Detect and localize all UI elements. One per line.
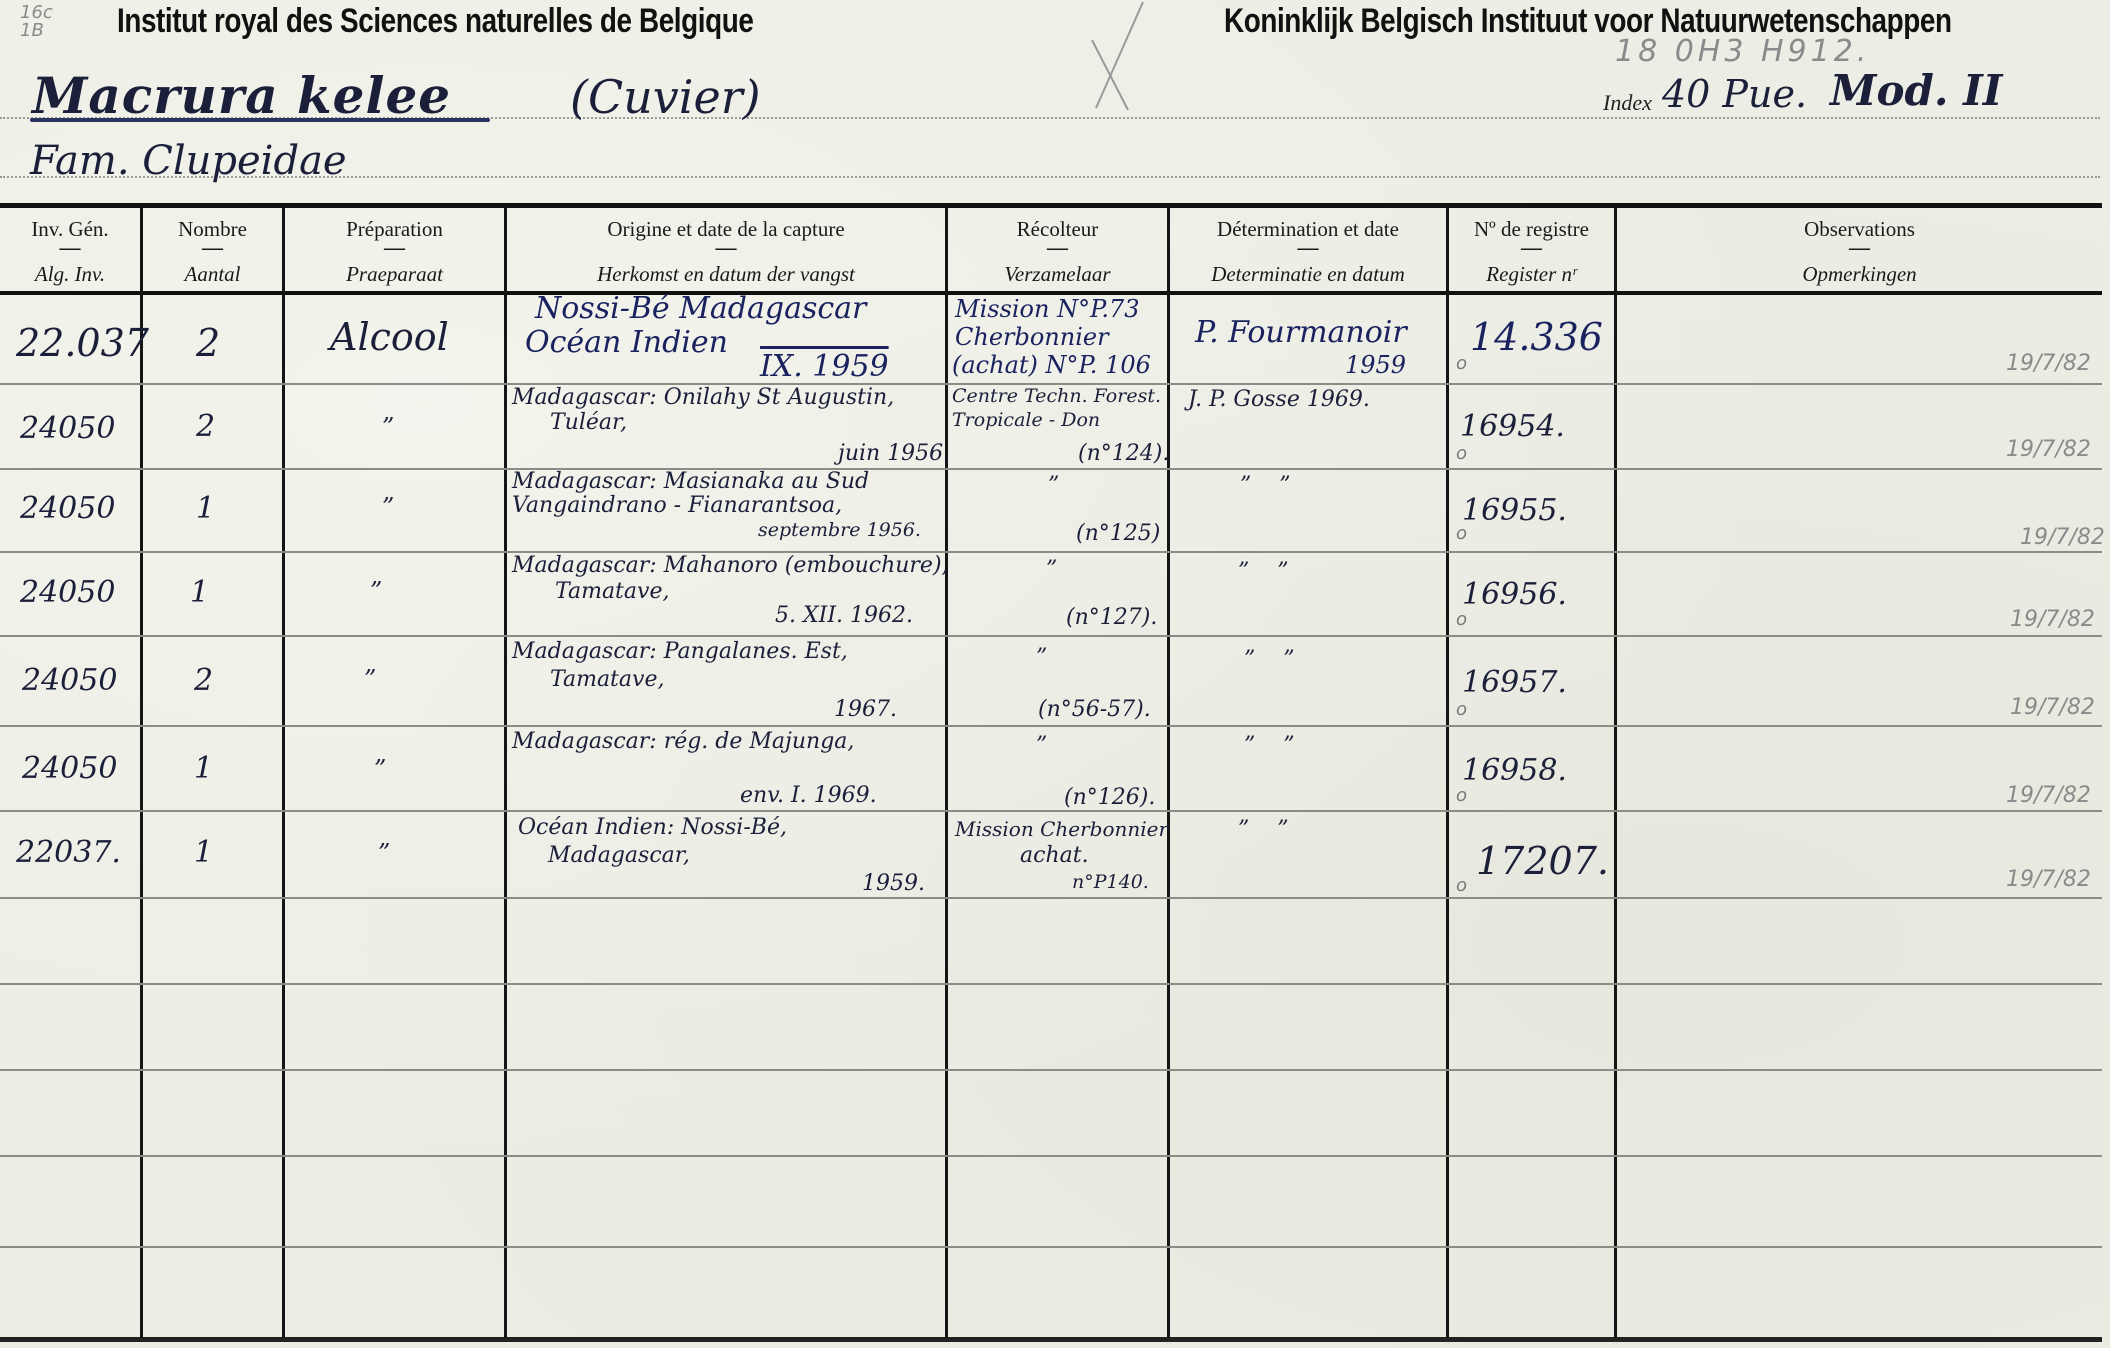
inv-number: 24050 <box>20 491 115 526</box>
collector-line-1: Centre Techn. Forest. <box>952 385 1161 407</box>
collector-line-2: achat. <box>1020 843 1089 868</box>
register-number: 16955. <box>1462 493 1567 528</box>
register-number: 17207. <box>1476 839 1609 883</box>
row-rule <box>0 725 2102 727</box>
specimen-table: Inv. Gén. — Alg. Inv. Nombre — Aantal Pr… <box>0 203 2102 1343</box>
determination-ditto: ” ” <box>1244 647 1294 672</box>
index-value: 40 Pue. <box>1662 72 1807 116</box>
table-bottom-border <box>0 1337 2102 1342</box>
observation-date: 19/7/82 <box>2010 607 2095 632</box>
column-header-preparation: Préparation — Praeparaat <box>285 211 504 291</box>
determination-year: 1959 <box>1345 351 1406 379</box>
origin-line-2: Tamatave, <box>550 667 664 692</box>
preparation-ditto: ” <box>378 839 390 867</box>
header-dash: — <box>143 242 282 252</box>
column-header-collector: Récolteur — Verzamelaar <box>948 211 1167 291</box>
column-divider <box>945 208 948 1338</box>
determination-ditto: ” ” <box>1238 817 1288 842</box>
header-nl: Register nʳ <box>1449 262 1614 287</box>
origin-date: 5. XII. 1962. <box>775 603 913 628</box>
institute-title-fr: Institut royal des Sciences naturelles d… <box>117 2 753 41</box>
preparation-ditto: ” <box>370 577 382 605</box>
column-header-inv: Inv. Gén. — Alg. Inv. <box>0 211 140 291</box>
column-divider <box>282 208 285 1338</box>
register-number: 16954. <box>1460 409 1565 444</box>
row-rule <box>0 468 2102 470</box>
origin-line-1: Océan Indien: Nossi-Bé, <box>518 815 787 840</box>
species-underline <box>30 118 490 122</box>
index-mod: Mod. II <box>1830 66 2002 115</box>
header-dash: — <box>1449 242 1614 252</box>
pencil-circle-mark: o <box>1456 353 1467 374</box>
table-top-border <box>0 203 2102 208</box>
collector-line-3: (achat) N°P. 106 <box>952 351 1151 379</box>
collector-ditto: ” <box>1036 645 1047 670</box>
column-header-determination: Détermination et date — Determinatie en … <box>1170 211 1446 291</box>
specimen-count: 2 <box>196 409 215 444</box>
specimen-count: 2 <box>196 321 220 365</box>
collector-line-1: Mission Cherbonnier <box>955 817 1168 841</box>
collector-ditto: ” <box>1046 557 1057 582</box>
origin-date: 1959. <box>862 871 925 896</box>
collector-number: (n°127). <box>1066 605 1157 630</box>
pencil-circle-mark: o <box>1456 785 1467 806</box>
origin-line-1: Madagascar: Pangalanes. Est, <box>512 639 848 664</box>
pencil-reference-number: 18 0H3 H912. <box>1615 34 1870 69</box>
pencil-circle-mark: o <box>1456 609 1467 630</box>
determination-ditto: ” ” <box>1244 733 1294 758</box>
pencil-circle-mark: o <box>1456 443 1467 464</box>
column-divider <box>1167 208 1170 1338</box>
header-nl: Alg. Inv. <box>0 262 140 287</box>
index-card: 16c 1B Institut royal des Sciences natur… <box>0 0 2110 1348</box>
origin-date: env. I. 1969. <box>740 783 877 808</box>
specimen-count: 1 <box>196 491 215 526</box>
column-header-origin: Origine et date de la capture — Herkomst… <box>507 211 945 291</box>
header-dash: — <box>948 242 1167 252</box>
column-header-nombre: Nombre — Aantal <box>143 211 282 291</box>
register-number: 16958. <box>1462 753 1567 788</box>
inv-number: 24050 <box>20 411 115 446</box>
specimen-count: 1 <box>194 751 213 786</box>
origin-date: septembre 1956. <box>758 519 921 541</box>
register-number: 14.336 <box>1470 315 1603 359</box>
pencil-circle-mark: o <box>1456 699 1467 720</box>
origin-line-2: Madagascar, <box>548 843 690 868</box>
row-rule <box>0 810 2102 812</box>
row-rule <box>0 897 2102 899</box>
determination-ditto: ” ” <box>1238 559 1288 584</box>
header-dash: — <box>1617 242 2102 252</box>
determiner: P. Fourmanoir <box>1195 315 1407 350</box>
origin-line-2: Tamatave, <box>555 579 669 604</box>
origin-date: 1967. <box>834 697 897 722</box>
column-divider <box>1614 208 1617 1338</box>
pencil-circle-mark: o <box>1456 875 1467 896</box>
header-nl: Verzamelaar <box>948 262 1167 287</box>
observation-date: 19/7/82 <box>2006 783 2091 808</box>
preparation-ditto: ” <box>374 755 386 783</box>
header-dash: — <box>285 242 504 252</box>
determination-ditto: ” ” <box>1240 473 1290 498</box>
row-rule <box>0 1069 2102 1071</box>
observation-date: 19/7/82 <box>2006 437 2091 462</box>
header-nl: Opmerkingen <box>1617 262 2102 287</box>
header-nl: Determinatie en datum <box>1170 262 1446 287</box>
preparation-ditto: ” <box>364 665 376 693</box>
header-nl: Herkomst en datum der vangst <box>507 262 945 287</box>
origin-line-1: Madagascar: Masianaka au Sud <box>512 469 869 494</box>
corner-pencil-note: 16c 1B <box>20 4 53 40</box>
origin-line-1: Madagascar: Onilahy St Augustin, <box>512 385 894 410</box>
collector-number: (n°125) <box>1076 521 1160 546</box>
row-rule <box>0 635 2102 637</box>
header-dash: — <box>507 242 945 252</box>
specimen-count: 1 <box>190 575 209 610</box>
observation-date: 19/7/82 <box>2006 351 2091 376</box>
origin-line-1: Madagascar: Mahanoro (embouchure), <box>512 553 949 578</box>
corner-note-line-2: 1B <box>20 22 53 40</box>
cross-mark-icon <box>1088 0 1148 112</box>
collector-number: (n°126). <box>1064 785 1155 810</box>
determiner: J. P. Gosse 1969. <box>1188 387 1370 412</box>
origin-date: juin 1956. <box>838 441 950 466</box>
collector-line-2: Cherbonnier <box>955 323 1109 351</box>
row-rule <box>0 983 2102 985</box>
header-dash: — <box>1170 242 1446 252</box>
header-nl: Aantal <box>143 262 282 287</box>
inv-number: 24050 <box>22 663 117 698</box>
row-rule <box>0 1246 2102 1248</box>
inv-number: 24050 <box>22 751 117 786</box>
observation-date: 19/7/82 <box>2020 525 2105 550</box>
collector-number: (n°56-57). <box>1038 697 1151 722</box>
column-divider <box>1446 208 1449 1338</box>
origin-line-1: Nossi-Bé Madagascar <box>535 291 866 326</box>
species-name: Macrura kelee <box>32 66 451 125</box>
species-author: (Cuvier) <box>570 70 761 124</box>
pencil-circle-mark: o <box>1456 523 1467 544</box>
collector-ditto: ” <box>1036 733 1047 758</box>
origin-date: IX. 1959 <box>760 349 889 384</box>
index-label: Index <box>1603 90 1652 116</box>
origin-line-2: Océan Indien <box>525 325 728 360</box>
origin-line-1: Madagascar: rég. de Majunga, <box>512 729 854 754</box>
header-dash: — <box>0 242 140 252</box>
row-rule <box>0 551 2102 553</box>
collector-line-3: n°P140. <box>1072 871 1149 893</box>
observation-date: 19/7/82 <box>2006 867 2091 892</box>
preparation-ditto: ” <box>382 493 394 521</box>
collector-line-2: Tropicale - Don <box>952 409 1100 431</box>
origin-line-2: Vangaindrano - Fianarantsoa, <box>512 493 842 518</box>
inv-number: 22037. <box>16 835 121 870</box>
column-header-register: Nº de registre — Register nʳ <box>1449 211 1614 291</box>
preparation-ditto: ” <box>382 413 394 441</box>
preparation: Alcool <box>330 315 449 359</box>
inv-number: 24050 <box>20 575 115 610</box>
row-rule <box>0 1155 2102 1157</box>
specimen-count: 2 <box>194 663 213 698</box>
collector-ditto: ” <box>1048 473 1059 498</box>
collector-line-1: Mission N°P.73 <box>955 295 1140 323</box>
origin-line-2: Tuléar, <box>550 410 627 435</box>
register-number: 16956. <box>1462 577 1567 612</box>
column-divider <box>140 208 143 1338</box>
family-name: Fam. Clupeidae <box>30 138 347 184</box>
header-nl: Praeparaat <box>285 262 504 287</box>
specimen-count: 1 <box>194 835 213 870</box>
observation-date: 19/7/82 <box>2010 695 2095 720</box>
register-number: 16957. <box>1462 665 1567 700</box>
column-header-observations: Observations — Opmerkingen <box>1617 211 2102 291</box>
collector-line-3: (n°124). <box>1078 441 1169 466</box>
inv-number: 22.037 <box>16 321 149 365</box>
column-divider <box>504 208 507 1338</box>
